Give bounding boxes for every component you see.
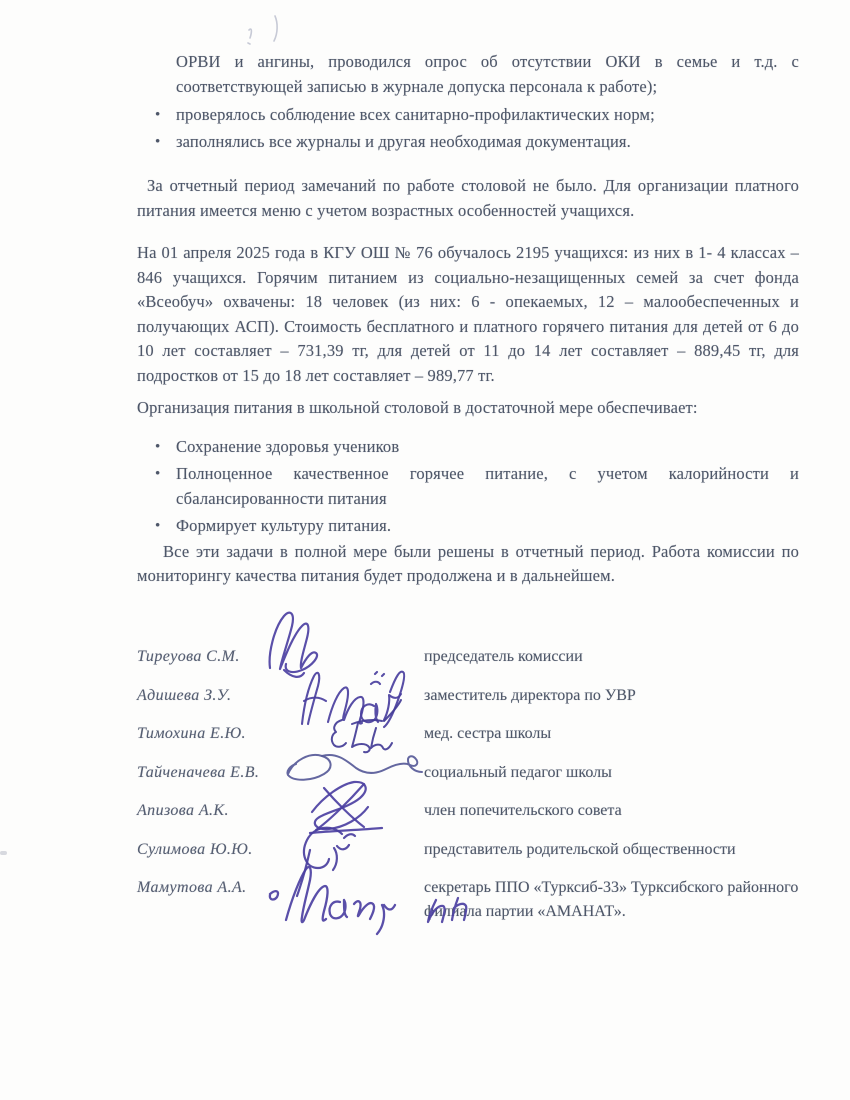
scanned-report-page: ОРВИ и ангины, проводился опрос об отсут…	[0, 0, 850, 1100]
signature-row: Тимохина Е.Ю. мед. сестра школы	[137, 722, 802, 761]
report-paragraph: За отчетный период замечаний по работе с…	[137, 174, 799, 223]
provides-list: Сохранение здоровья учеников Полноценное…	[137, 435, 799, 539]
signature-row: Адишева З.У. заместитель директора по УВ…	[137, 684, 802, 723]
closing-paragraph: Все эти задачи в полной мере были решены…	[137, 540, 799, 589]
list-item: заполнялись все журналы и другая необход…	[176, 130, 799, 155]
signatory-name: Апизова А.К.	[137, 799, 424, 823]
list-item: Сохранение здоровья учеников	[176, 435, 799, 460]
signatory-name: Сулимова Ю.Ю.	[137, 838, 424, 862]
checks-list: проверялось соблюдение всех санитарно-пр…	[137, 103, 799, 154]
signatory-name: Тайченачева Е.В.	[137, 761, 424, 785]
signatory-role: мед. сестра школы	[424, 722, 802, 746]
signatory-role: член попечительского совета	[424, 799, 802, 823]
list-item: Формирует культуру питания.	[176, 514, 799, 539]
signatory-name: Адишева З.У.	[137, 684, 424, 708]
signatory-name: Мамутова А.А.	[137, 876, 424, 900]
signatory-role: секретарь ППО «Турксиб-33» Турксибского …	[424, 876, 802, 924]
signatory-name: Тиреуова С.М.	[137, 645, 424, 669]
signatory-role: социальный педагог школы	[424, 761, 802, 785]
signature-row: Тайченачева Е.В. социальный педагог школ…	[137, 761, 802, 800]
stats-paragraph: На 01 апреля 2025 года в КГУ ОШ № 76 обу…	[137, 241, 799, 388]
pen-mark-icon	[235, 5, 305, 55]
list-item: проверялось соблюдение всех санитарно-пр…	[176, 103, 799, 128]
signature-row: Тиреуова С.М. председатель комиссии	[137, 645, 802, 684]
signatory-role: заместитель директора по УВР	[424, 684, 802, 708]
signature-block: Тиреуова С.М. председатель комиссии Адиш…	[137, 645, 802, 924]
signatory-name: Тимохина Е.Ю.	[137, 722, 424, 746]
list-item: Полноценное качественное горячее питание…	[176, 462, 799, 511]
signature-row: Мамутова А.А. секретарь ППО «Турксиб-33»…	[137, 876, 802, 924]
signature-row: Апизова А.К. член попечительского совета	[137, 799, 802, 838]
signatory-role: представитель родительской общественност…	[424, 838, 802, 862]
document-body: ОРВИ и ангины, проводился опрос об отсут…	[137, 50, 799, 589]
signatory-role: председатель комиссии	[424, 645, 802, 669]
signature-row: Сулимова Ю.Ю. представитель родительской…	[137, 838, 802, 877]
provides-heading: Организация питания в школьной столовой …	[137, 396, 799, 421]
scan-speck	[0, 851, 7, 855]
continuation-paragraph: ОРВИ и ангины, проводился опрос об отсут…	[137, 50, 799, 99]
